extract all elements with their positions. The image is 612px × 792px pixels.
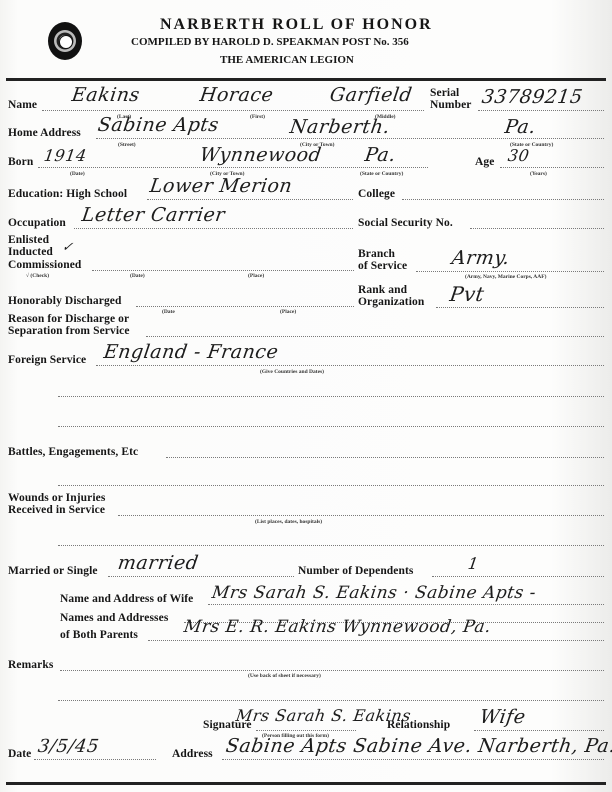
branch-line [416, 271, 604, 272]
home-city-field[interactable]: Narberth. [288, 116, 391, 138]
hint-discharge-date: (Date [162, 309, 175, 315]
serial-number-field[interactable]: 33789215 [480, 86, 584, 108]
wife-field[interactable]: Mrs Sarah S. Eakins · Sabine Apts - [211, 583, 538, 603]
born-date-field[interactable]: 1914 [43, 146, 88, 165]
age-label: Age [475, 156, 494, 168]
discharge-field[interactable] [136, 306, 354, 307]
name-label: Name [8, 99, 37, 111]
footer-divider [6, 782, 606, 785]
name-last-field[interactable]: Eakins [70, 84, 141, 106]
address-field[interactable]: Sabine Apts Sabine Ave. Narberth, Pa. [224, 735, 612, 757]
wounds-label: Wounds or Injuries [8, 492, 105, 504]
rank-line [436, 307, 604, 308]
born-city-field[interactable]: Wynnewood [198, 144, 322, 166]
hint-discharge-place: (Place) [280, 309, 296, 315]
enlisted-label: Enlisted [8, 234, 49, 246]
form-organization: THE AMERICAN LEGION [220, 54, 354, 66]
age-field[interactable]: 30 [507, 146, 531, 165]
foreign-service-field[interactable]: England - France [102, 341, 279, 363]
parents-label-2: of Both Parents [60, 629, 138, 641]
name-line [42, 110, 424, 111]
serial-line [478, 110, 604, 111]
signature-line [256, 730, 356, 731]
hint-age: (Years) [530, 171, 547, 177]
branch-of-service-label: of Service [358, 260, 407, 272]
hint-born-date: (Date) [70, 171, 85, 177]
wounds-label-2: Received in Service [8, 504, 105, 516]
home-address-label: Home Address [8, 127, 81, 139]
address-line [222, 759, 604, 760]
relationship-field[interactable]: Wife [478, 706, 527, 728]
hint-wounds: (List places, dates, hospitals) [255, 519, 322, 525]
form-title: NARBERTH ROLL OF HONOR [160, 16, 433, 34]
wounds-line-2[interactable] [58, 545, 604, 546]
dependents-field[interactable]: 1 [467, 554, 480, 573]
hint-remarks: (Use back of sheet if necessary) [248, 673, 321, 679]
marital-label: Married or Single [8, 565, 98, 577]
hint-born-state: (State or Country) [360, 171, 403, 177]
rank-field[interactable]: Pvt [448, 282, 486, 306]
home-address-line [96, 138, 604, 139]
reason-label: Reason for Discharge or [8, 313, 129, 325]
parents-label: Names and Addresses [60, 612, 168, 624]
rank-label: Rank and [358, 284, 407, 296]
relationship-label: Relationship [387, 719, 450, 731]
high-school-field[interactable]: Lower Merion [148, 175, 293, 197]
name-first-field[interactable]: Horace [198, 84, 274, 106]
born-label: Born [8, 156, 33, 168]
branch-field[interactable]: Army. [450, 247, 511, 269]
date-field[interactable]: 3/5/45 [37, 736, 101, 757]
education-label: Education: High School [8, 188, 127, 200]
hint-first: (First) [250, 114, 265, 120]
foreign-service-label: Foreign Service [8, 354, 86, 366]
hint-check: √ (Check) [26, 273, 49, 279]
college-label: College [358, 188, 395, 200]
age-line [500, 167, 604, 168]
discharge-label: Honorably Discharged [8, 295, 122, 307]
honor-roll-form: NARBERTH ROLL OF HONOR COMPILED BY HAROL… [0, 0, 612, 792]
relationship-line [474, 730, 604, 731]
inducted-checkmark[interactable]: ✓ [61, 240, 75, 255]
header-divider [6, 78, 606, 81]
dependents-line [432, 576, 604, 577]
serial-label: Serial [430, 87, 459, 99]
occupation-line [74, 228, 353, 229]
parents-field[interactable]: Mrs E. R. Eakins Wynnewood, Pa. [183, 617, 493, 637]
signature-field[interactable]: Mrs Sarah S. Eakins [235, 706, 413, 725]
foreign-service-line-3[interactable] [58, 426, 604, 427]
form-subtitle: COMPILED BY HAROLD D. SPEAKMAN POST No. … [131, 36, 409, 48]
wife-line [208, 604, 604, 605]
name-middle-field[interactable]: Garfield [328, 84, 413, 106]
american-legion-emblem-icon [48, 22, 82, 60]
occupation-field[interactable]: Letter Carrier [80, 204, 226, 226]
rank-organization-label: Organization [358, 296, 424, 308]
date-label: Date [8, 748, 31, 760]
battles-line-2[interactable] [58, 485, 604, 486]
ssn-field[interactable] [470, 228, 604, 229]
remarks-label: Remarks [8, 659, 53, 671]
home-street-field[interactable]: Sabine Apts [96, 114, 220, 136]
hint-entry-place: (Place) [248, 273, 264, 279]
marital-line [108, 576, 294, 577]
battles-field[interactable] [166, 457, 604, 458]
ssn-label: Social Security No. [358, 217, 453, 229]
battles-label: Battles, Engagements, Etc [8, 446, 138, 458]
born-state-field[interactable]: Pa. [363, 144, 397, 166]
serial-number-label: Number [430, 99, 472, 111]
college-field[interactable] [402, 199, 604, 200]
high-school-line [147, 199, 353, 200]
foreign-service-line-2[interactable] [58, 396, 604, 397]
reason-label-2: Separation from Service [8, 325, 130, 337]
remarks-line-2[interactable] [58, 700, 604, 701]
branch-label: Branch [358, 248, 395, 260]
dependents-label: Number of Dependents [298, 565, 414, 577]
remarks-field[interactable] [60, 670, 604, 671]
hint-street: (Street) [118, 142, 136, 148]
hint-branch: (Army, Navy, Marine Corps, AAF) [465, 274, 546, 280]
service-entry-line[interactable] [92, 270, 354, 271]
home-state-field[interactable]: Pa. [503, 116, 537, 138]
occupation-label: Occupation [8, 217, 66, 229]
hint-entry-date: (Date) [130, 273, 145, 279]
address-label: Address [172, 748, 213, 760]
marital-field[interactable]: married [116, 552, 200, 574]
inducted-label: Inducted [8, 246, 53, 258]
date-line [34, 759, 156, 760]
parents-line [148, 640, 604, 641]
wife-label: Name and Address of Wife [60, 593, 193, 605]
born-line [38, 167, 428, 168]
wounds-field[interactable] [118, 515, 604, 516]
hint-foreign-service: (Give Countries and Dates) [260, 369, 324, 375]
reason-field[interactable] [146, 336, 604, 337]
foreign-service-line [96, 365, 604, 366]
commissioned-label: Commissioned [8, 259, 81, 271]
